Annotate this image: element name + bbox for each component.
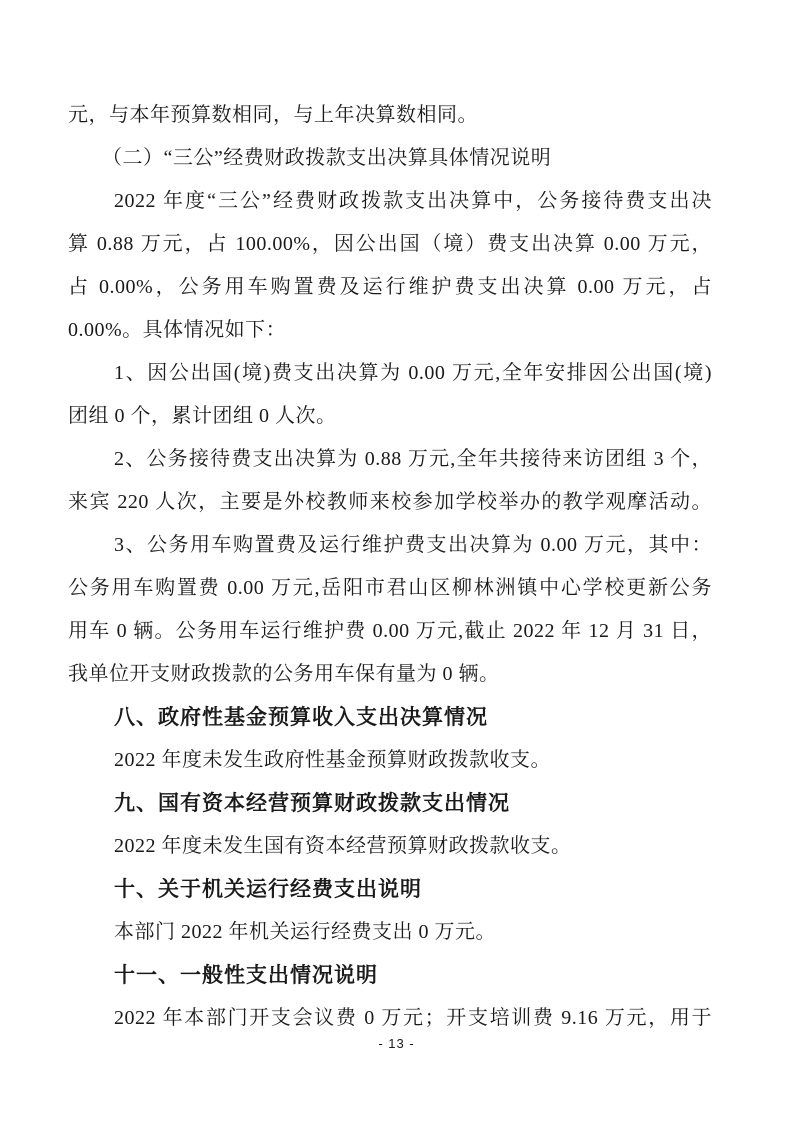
paragraph-line: 来宾 220 人次，主要是外校教师来校参加学校举办的教学观摩活动。 (68, 481, 712, 524)
paragraph-line: 公务用车购置费 0.00 万元,岳阳市君山区柳林洲镇中心学校更新公务 (68, 567, 712, 610)
paragraph-line: 0.00%。具体情况如下： (68, 309, 712, 352)
section-heading: 九、国有资本经营预算财政拨款支出情况 (68, 782, 712, 825)
section-heading: 八、政府性基金预算收入支出决算情况 (68, 696, 712, 739)
document-page: 元，与本年预算数相同，与上年决算数相同。（二）“三公”经费财政拨款支出决算具体情… (0, 0, 793, 1122)
paragraph-line: 我单位开支财政拨款的公务用车保有量为 0 辆。 (68, 653, 712, 696)
page-number: - 13 - (0, 1036, 793, 1051)
paragraph-line: 1、因公出国(境)费支出决算为 0.00 万元,全年安排因公出国(境) (68, 352, 712, 395)
paragraph-line: 用车 0 辆。公务用车运行维护费 0.00 万元,截止 2022 年 12 月 … (68, 610, 712, 653)
section-heading: 十、关于机关运行经费支出说明 (68, 868, 712, 911)
paragraph-line: 3、公务用车购置费及运行维护费支出决算为 0.00 万元，其中： (68, 524, 712, 567)
paragraph-line: 算 0.88 万元，占 100.00%，因公出国（境）费支出决算 0.00 万元… (68, 223, 712, 266)
document-body: 元，与本年预算数相同，与上年决算数相同。（二）“三公”经费财政拨款支出决算具体情… (68, 94, 712, 1040)
paragraph-line: 占 0.00%，公务用车购置费及运行维护费支出决算 0.00 万元，占 (68, 266, 712, 309)
paragraph-line: （二）“三公”经费财政拨款支出决算具体情况说明 (68, 137, 712, 180)
paragraph-line: 团组 0 个，累计团组 0 人次。 (68, 395, 712, 438)
section-heading: 十一、一般性支出情况说明 (68, 954, 712, 997)
paragraph-line: 2022 年度未发生国有资本经营预算财政拨款收支。 (68, 825, 712, 868)
paragraph-line: 元，与本年预算数相同，与上年决算数相同。 (68, 94, 712, 137)
paragraph-line: 2022 年度“三公”经费财政拨款支出决算中，公务接待费支出决 (68, 180, 712, 223)
paragraph-line: 2022 年本部门开支会议费 0 万元；开支培训费 9.16 万元，用于 (68, 997, 712, 1040)
paragraph-line: 2022 年度未发生政府性基金预算财政拨款收支。 (68, 739, 712, 782)
paragraph-line: 本部门 2022 年机关运行经费支出 0 万元。 (68, 911, 712, 954)
paragraph-line: 2、公务接待费支出决算为 0.88 万元,全年共接待来访团组 3 个， (68, 438, 712, 481)
